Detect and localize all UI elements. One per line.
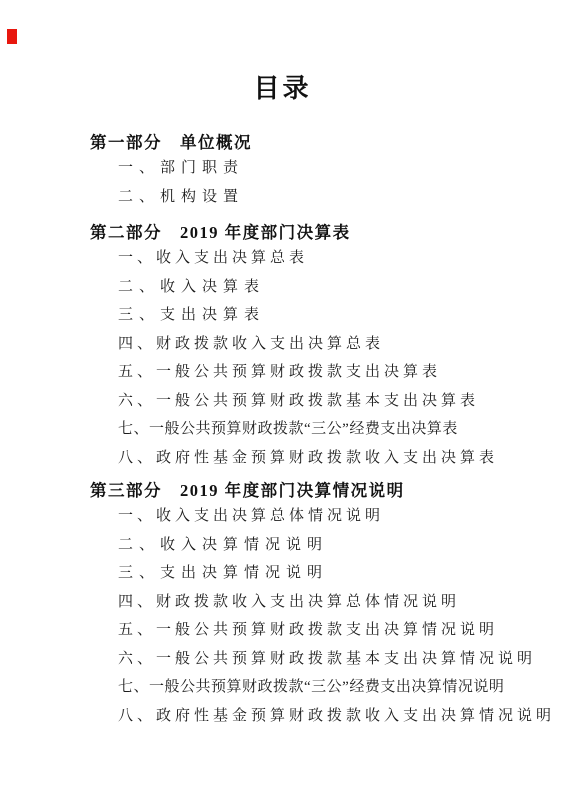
section-heading: 第三部分 2019 年度部门决算情况说明 bbox=[90, 480, 565, 502]
toc-section-2: 第二部分 2019 年度部门决算表 一、收入支出决算总表 二、收入决算表 三、支… bbox=[0, 222, 565, 472]
toc-item: 四、财政拨款收入支出决算总表 bbox=[118, 330, 565, 359]
toc-item: 八、政府性基金预算财政拨款收入支出决算情况说明 bbox=[118, 702, 565, 731]
section-heading: 第一部分 单位概况 bbox=[90, 132, 565, 154]
toc-item: 二、收入决算表 bbox=[118, 273, 565, 302]
toc-item: 三、支出决算情况说明 bbox=[118, 559, 565, 588]
toc-section-1: 第一部分 单位概况 一、部门职责 二、机构设置 bbox=[0, 132, 565, 211]
toc-item: 八、政府性基金预算财政拨款收入支出决算表 bbox=[118, 444, 565, 473]
section-heading: 第二部分 2019 年度部门决算表 bbox=[90, 222, 565, 244]
toc-item: 五、一般公共预算财政拨款支出决算表 bbox=[118, 358, 565, 387]
toc-item: 七、一般公共预算财政拨款“三公”经费支出决算表 bbox=[118, 415, 565, 444]
toc-item: 二、收入决算情况说明 bbox=[118, 531, 565, 560]
toc-item: 一、收入支出决算总体情况说明 bbox=[118, 502, 565, 531]
toc-item: 二、机构设置 bbox=[118, 183, 565, 212]
toc-item: 六、一般公共预算财政拨款基本支出决算表 bbox=[118, 387, 565, 416]
section-items: 一、收入支出决算总表 二、收入决算表 三、支出决算表 四、财政拨款收入支出决算总… bbox=[0, 244, 565, 472]
page-title: 目录 bbox=[0, 74, 565, 102]
toc-item: 七、一般公共预算财政拨款“三公”经费支出决算情况说明 bbox=[118, 673, 565, 702]
toc-item: 一、部门职责 bbox=[118, 154, 565, 183]
toc-body: 第一部分 单位概况 一、部门职责 二、机构设置 第二部分 2019 年度部门决算… bbox=[0, 132, 565, 730]
toc-item: 六、一般公共预算财政拨款基本支出决算情况说明 bbox=[118, 645, 565, 674]
toc-page: 目录 第一部分 单位概况 一、部门职责 二、机构设置 第二部分 2019 年度部… bbox=[0, 74, 565, 730]
toc-section-3: 第三部分 2019 年度部门决算情况说明 一、收入支出决算总体情况说明 二、收入… bbox=[0, 480, 565, 730]
toc-item: 五、一般公共预算财政拨款支出决算情况说明 bbox=[118, 616, 565, 645]
toc-item: 一、收入支出决算总表 bbox=[118, 244, 565, 273]
red-scan-mark bbox=[7, 29, 17, 44]
toc-item: 四、财政拨款收入支出决算总体情况说明 bbox=[118, 588, 565, 617]
toc-item: 三、支出决算表 bbox=[118, 301, 565, 330]
section-items: 一、收入支出决算总体情况说明 二、收入决算情况说明 三、支出决算情况说明 四、财… bbox=[0, 502, 565, 730]
section-items: 一、部门职责 二、机构设置 bbox=[0, 154, 565, 211]
